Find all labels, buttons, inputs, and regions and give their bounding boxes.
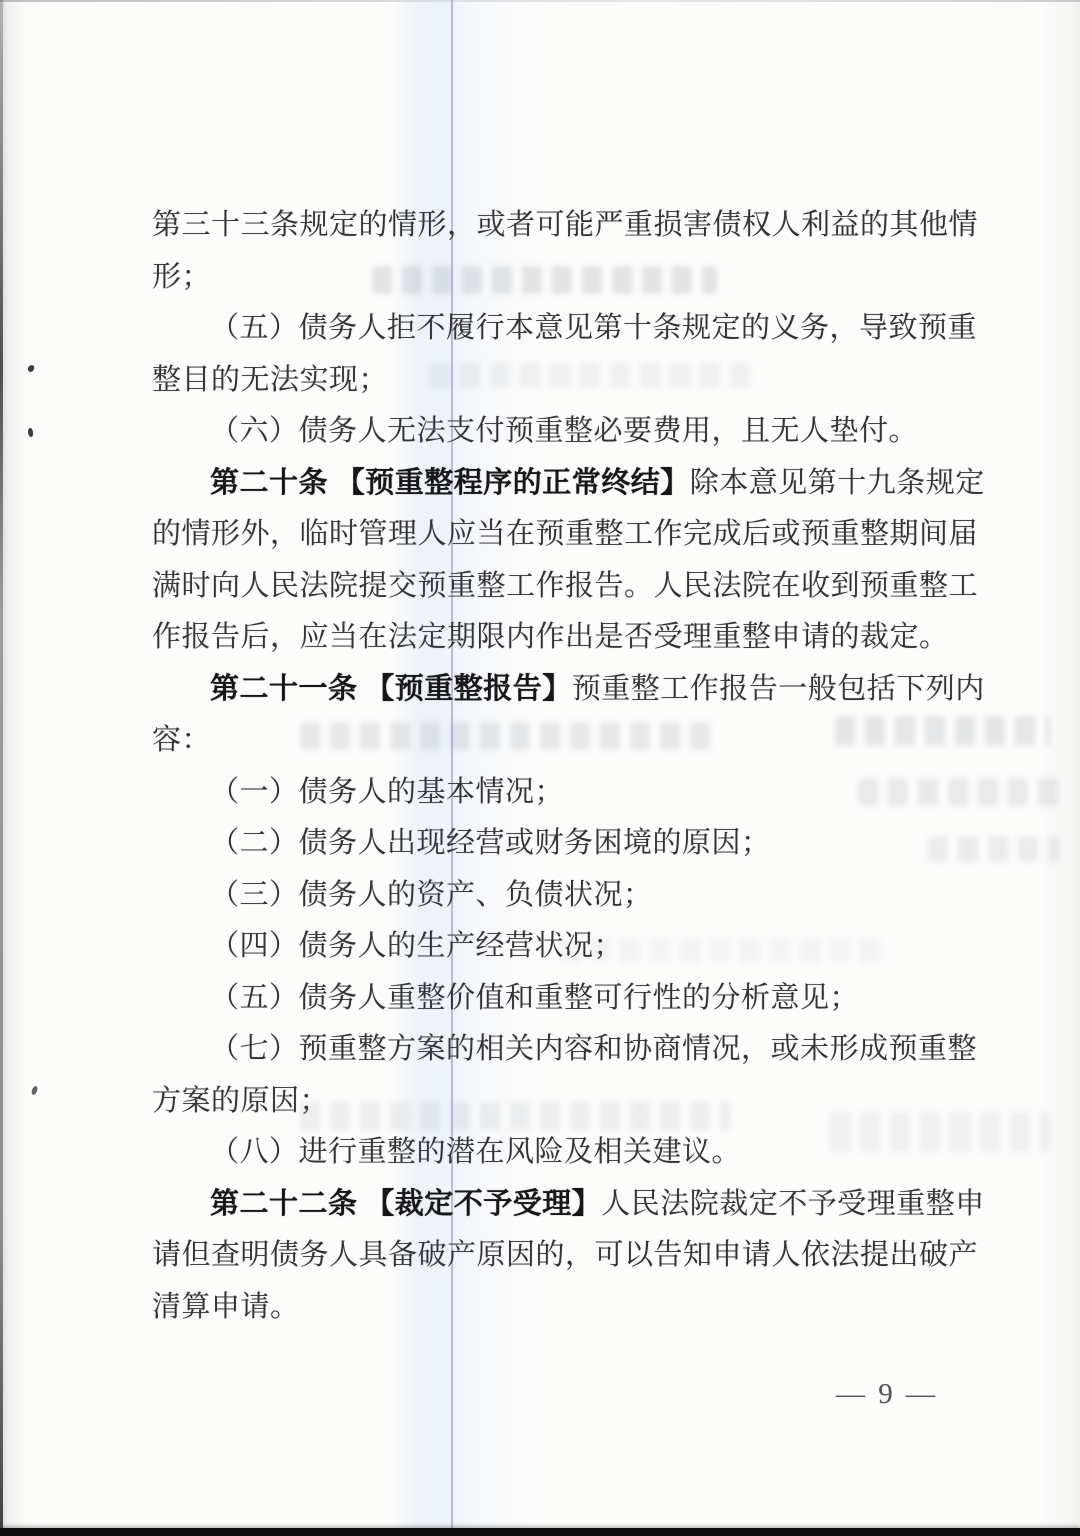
text-line: （六）债务人无法支付预重整必要费用，且无人垫付。 xyxy=(152,406,984,458)
text-line: 的情形外，临时管理人应当在预重整工作完成后或预重整期间届 xyxy=(152,509,984,561)
text-run: 作报告后，应当在法定期限内作出是否受理重整申请的裁定。 xyxy=(152,621,949,653)
text-run: （一）债务人的基本情况； xyxy=(210,776,564,808)
text-line: （五）债务人拒不履行本意见第十条规定的义务，导致预重 xyxy=(152,303,984,355)
text-run: 整目的无法实现； xyxy=(152,364,388,396)
text-run: （二）债务人出现经营或财务困境的原因； xyxy=(210,827,771,859)
text-line: 第三十三条规定的情形，或者可能严重损害债权人利益的其他情 xyxy=(152,200,984,252)
text-run: 方案的原因； xyxy=(152,1085,329,1117)
text-run: 的情形外，临时管理人应当在预重整工作完成后或预重整期间届 xyxy=(152,518,978,550)
text-run: 预重整工作报告一般包括下列内 xyxy=(572,673,985,705)
text-run: （五）债务人拒不履行本意见第十条规定的义务，导致预重 xyxy=(210,312,977,344)
text-line: 第二十条 【预重整程序的正常终结】除本意见第十九条规定 xyxy=(152,458,984,510)
ink-speck xyxy=(27,428,34,438)
page-number: — 9 — xyxy=(812,1378,962,1411)
text-run: （八）进行重整的潜在风险及相关建议。 xyxy=(210,1136,741,1168)
ink-speck xyxy=(27,364,35,373)
text-run: 除本意见第十九条规定 xyxy=(690,467,985,499)
text-line: 清算申请。 xyxy=(152,1282,984,1334)
text-run: （五）债务人重整价值和重整可行性的分析意见； xyxy=(210,982,859,1014)
text-line: （八）进行重整的潜在风险及相关建议。 xyxy=(152,1127,984,1179)
text-run: （四）债务人的生产经营状况； xyxy=(210,930,623,962)
text-line: （一）债务人的基本情况； xyxy=(152,767,984,819)
text-run: （七）预重整方案的相关内容和协商情况，或未形成预重整 xyxy=(210,1033,977,1065)
text-line: （七）预重整方案的相关内容和协商情况，或未形成预重整 xyxy=(152,1024,984,1076)
text-line: 容： xyxy=(152,715,984,767)
text-line: 整目的无法实现； xyxy=(152,355,984,407)
text-run: 满时向人民法院提交预重整工作报告。人民法院在收到预重整工 xyxy=(152,570,978,602)
scan-left-edge xyxy=(0,0,3,1536)
text-run: 清算申请。 xyxy=(152,1291,300,1323)
text-line: 作报告后，应当在法定期限内作出是否受理重整申请的裁定。 xyxy=(152,612,984,664)
text-line: 请但查明债务人具备破产原因的，可以告知申请人依法提出破产 xyxy=(152,1230,984,1282)
text-run: 第三十三条规定的情形，或者可能严重损害债权人利益的其他情 xyxy=(152,209,978,241)
scanned-page: 第三十三条规定的情形，或者可能严重损害债权人利益的其他情形；（五）债务人拒不履行… xyxy=(0,0,1080,1536)
article-heading: 第二十二条 【裁定不予受理】 xyxy=(210,1188,601,1220)
text-run: 形； xyxy=(152,261,211,293)
scan-top-edge xyxy=(0,0,1080,2)
article-heading: 第二十条 【预重整程序的正常终结】 xyxy=(210,467,690,499)
text-line: 形； xyxy=(152,252,984,304)
text-line: （二）债务人出现经营或财务困境的原因； xyxy=(152,818,984,870)
text-line: 第二十二条 【裁定不予受理】人民法院裁定不予受理重整申 xyxy=(152,1179,984,1231)
text-run: 容： xyxy=(152,724,211,756)
text-run: （六）债务人无法支付预重整必要费用，且无人垫付。 xyxy=(210,415,918,447)
text-run: 人民法院裁定不予受理重整申 xyxy=(601,1188,985,1220)
text-line: 第二十一条 【预重整报告】预重整工作报告一般包括下列内 xyxy=(152,664,984,716)
scan-bottom-edge xyxy=(0,1528,1080,1536)
text-run: （三）债务人的资产、负债状况； xyxy=(210,879,653,911)
article-heading: 第二十一条 【预重整报告】 xyxy=(210,673,572,705)
text-line: 满时向人民法院提交预重整工作报告。人民法院在收到预重整工 xyxy=(152,561,984,613)
text-line: 方案的原因； xyxy=(152,1076,984,1128)
text-block: 第三十三条规定的情形，或者可能严重损害债权人利益的其他情形；（五）债务人拒不履行… xyxy=(152,200,984,1333)
ink-speck xyxy=(31,1086,38,1096)
text-line: （四）债务人的生产经营状况； xyxy=(152,921,984,973)
text-line: （五）债务人重整价值和重整可行性的分析意见； xyxy=(152,973,984,1025)
text-run: 请但查明债务人具备破产原因的，可以告知申请人依法提出破产 xyxy=(152,1239,978,1271)
text-line: （三）债务人的资产、负债状况； xyxy=(152,870,984,922)
